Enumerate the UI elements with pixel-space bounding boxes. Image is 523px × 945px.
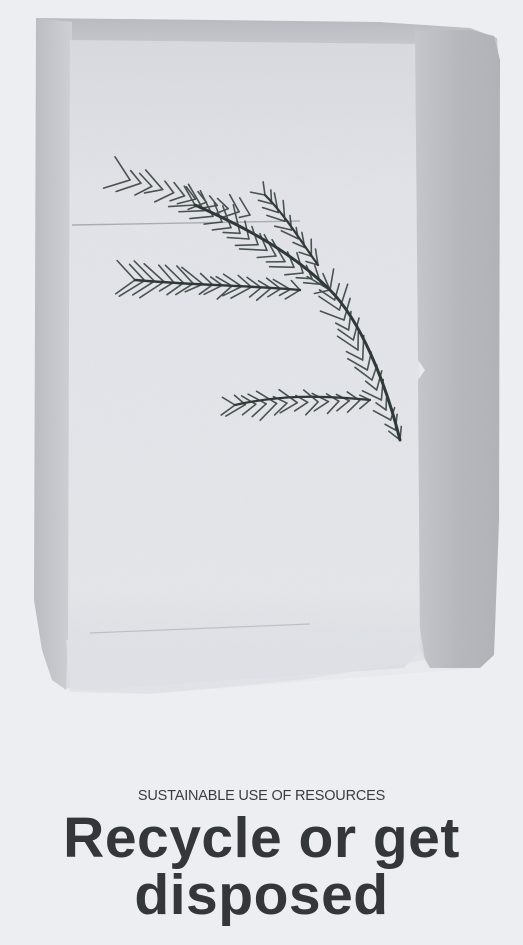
headline-line-2: disposed [0,867,523,924]
article-photo [0,0,523,720]
article-headline: Recycle or get disposed [0,810,523,924]
headline-line-1: Recycle or get [0,810,523,867]
ice-block [34,18,500,694]
ice-block-illustration [0,0,523,720]
article-kicker: SUSTAINABLE USE OF RESOURCES [0,788,523,804]
